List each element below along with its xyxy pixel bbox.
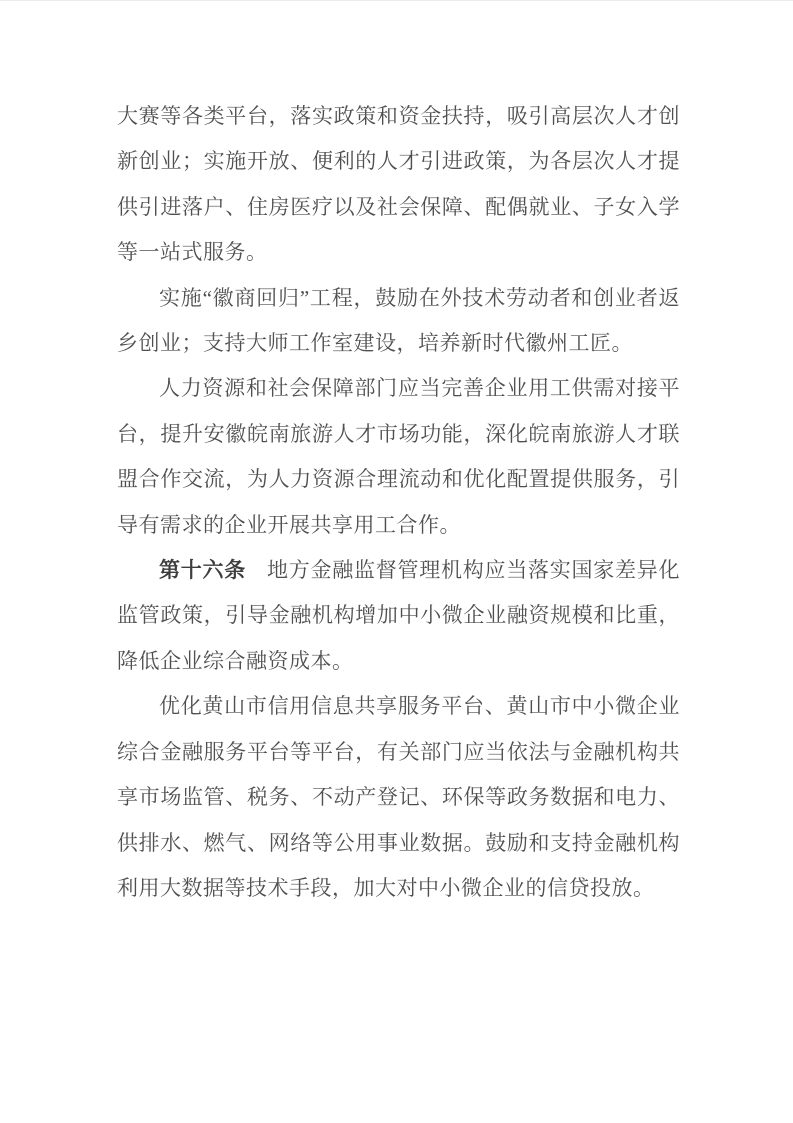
paragraph-continuation: 大赛等各类平台，落实政策和资金扶持，吸引高层次人才创新创业；实施开放、便利的人才… xyxy=(117,94,680,276)
paragraph-finance-platform: 优化黄山市信用信息共享服务平台、黄山市中小微企业综合金融服务平台等平台，有关部门… xyxy=(117,684,680,911)
article-number: 第十六条 xyxy=(159,558,246,582)
paragraph-article-16: 第十六条地方金融监督管理机构应当落实国家差异化监管政策，引导金融机构增加中小微企… xyxy=(117,548,680,684)
paragraph-huishang-return: 实施“徽商回归”工程，鼓励在外技术劳动者和创业者返乡创业；支持大师工作室建设，培… xyxy=(117,276,680,367)
document-page: 大赛等各类平台，落实政策和资金扶持，吸引高层次人才创新创业；实施开放、便利的人才… xyxy=(0,1,793,1123)
paragraph-human-resources: 人力资源和社会保障部门应当完善企业用工供需对接平台，提升安徽皖南旅游人才市场功能… xyxy=(117,366,680,548)
